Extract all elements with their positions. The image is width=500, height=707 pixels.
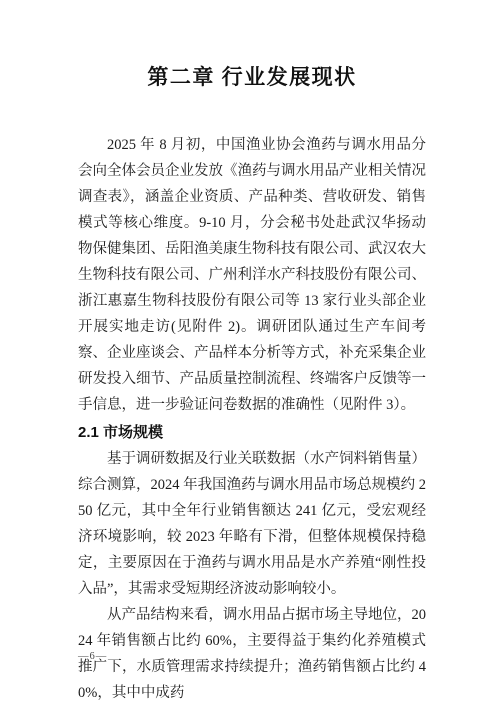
section-heading-market-size: 2.1 市场规模 [78,423,426,443]
paragraph-survey-overview: 2025 年 8 月初，中国渔业协会渔药与调水用品分会向全体会员企业发放《渔药与… [78,132,426,418]
page-content: 第二章 行业发展现状 2025 年 8 月初，中国渔业协会渔药与调水用品分会向全… [0,0,500,706]
paragraph-market-size: 基于调研数据及行业关联数据（水产饲料销售量）综合测算，2024 年我国渔药与调水… [78,446,426,602]
page-number: —6— [78,651,107,662]
paragraph-product-structure: 从产品结构来看，调水用品占据市场主导地位，2024 年销售额占比约 60%，主要… [78,602,426,706]
document-page: 第二章 行业发展现状 2025 年 8 月初，中国渔业协会渔药与调水用品分会向全… [0,0,500,707]
chapter-title: 第二章 行业发展现状 [78,62,426,92]
